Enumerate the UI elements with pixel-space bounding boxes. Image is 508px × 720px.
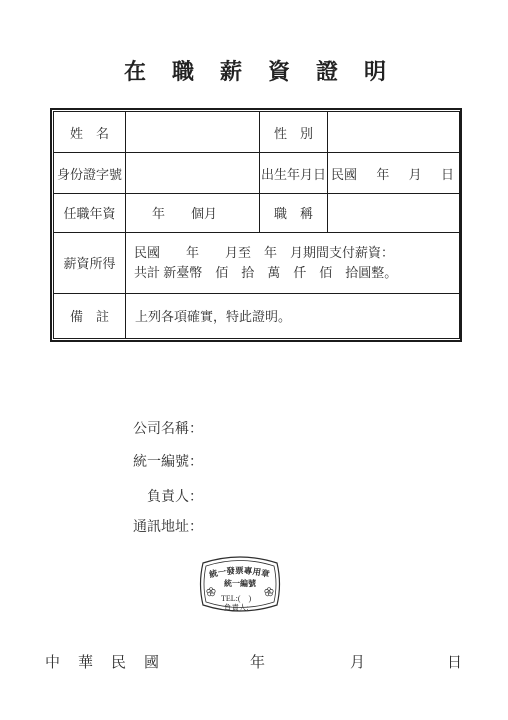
company-name-label: 公司名稱：	[133, 418, 203, 438]
stamp-title-text: 統一發票專用章	[208, 565, 271, 579]
birth-date-value: 民國 年 月 日	[328, 164, 459, 183]
stamp-owner-text: 負責人:	[224, 602, 249, 612]
info-table: 姓 名 性 別 身份證字號 出生年月日 民國 年 月 日	[50, 108, 462, 342]
job-title-value-cell	[328, 194, 460, 232]
tenure-value-cell: 年 個月	[126, 194, 260, 232]
name-value-cell	[126, 112, 260, 153]
tenure-label: 任職年資	[54, 194, 126, 232]
plum-blossom-icon	[207, 588, 215, 596]
birth-date-value-cell: 民國 年 月 日	[328, 153, 460, 194]
company-seal-stamp: 統一發票專用章 統一編號 TEL:( ) 負責人:	[196, 548, 284, 620]
salary-value-cell: 民國 年 月至 年 月期間支付薪資： 共計 新臺幣 佰 拾 萬 仟 佰 拾圓整。	[126, 232, 460, 293]
remark-value-cell: 上列各項確實，特此證明。	[126, 293, 460, 338]
name-label: 姓 名	[54, 112, 126, 153]
table-row: 備 註 上列各項確實，特此證明。	[54, 293, 460, 338]
birth-month-text: 月	[409, 164, 422, 183]
table-row: 薪資所得 民國 年 月至 年 月期間支付薪資： 共計 新臺幣 佰 拾 萬 仟 佰…	[54, 232, 460, 293]
table-row: 姓 名 性 別	[54, 112, 460, 153]
gender-label: 性 別	[260, 112, 328, 153]
plum-blossom-icon	[265, 588, 273, 596]
footer-month-text: 月	[350, 651, 365, 672]
footer-era-text: 中華民國	[45, 651, 177, 672]
birth-date-label: 出生年月日	[260, 153, 328, 194]
remark-label: 備 註	[54, 293, 126, 338]
certificate-page: 在職薪資證明 姓 名 性 別 身份證字號 出生年月日 民國 年	[0, 0, 508, 720]
birth-year-text: 年	[376, 164, 389, 183]
footer-day-text: 日	[447, 651, 462, 672]
stamp-uniform-number-text: 統一編號	[223, 578, 257, 588]
birth-era-text: 民國	[331, 164, 357, 183]
info-table-grid: 姓 名 性 別 身份證字號 出生年月日 民國 年 月 日	[53, 111, 460, 339]
gender-value-cell	[328, 112, 460, 153]
footer-year-text: 年	[250, 651, 265, 672]
uniform-number-label: 統一編號：	[133, 451, 203, 471]
salary-amount-text: 共計 新臺幣 佰 拾 萬 仟 佰 拾圓整。	[126, 263, 459, 283]
job-title-label: 職 稱	[260, 194, 328, 232]
page-title: 在職薪資證明	[124, 55, 412, 86]
salary-period-text: 民國 年 月至 年 月期間支付薪資：	[126, 243, 459, 263]
table-row: 任職年資 年 個月 職 稱	[54, 194, 460, 232]
address-label: 通訊地址：	[133, 516, 203, 536]
id-number-value-cell	[126, 153, 260, 194]
stamp-tel-text: TEL:( )	[221, 594, 252, 603]
birth-day-text: 日	[441, 164, 454, 183]
id-number-label: 身份證字號	[54, 153, 126, 194]
table-row: 身份證字號 出生年月日 民國 年 月 日	[54, 153, 460, 194]
salary-label: 薪資所得	[54, 232, 126, 293]
owner-label: 負責人：	[147, 486, 203, 506]
